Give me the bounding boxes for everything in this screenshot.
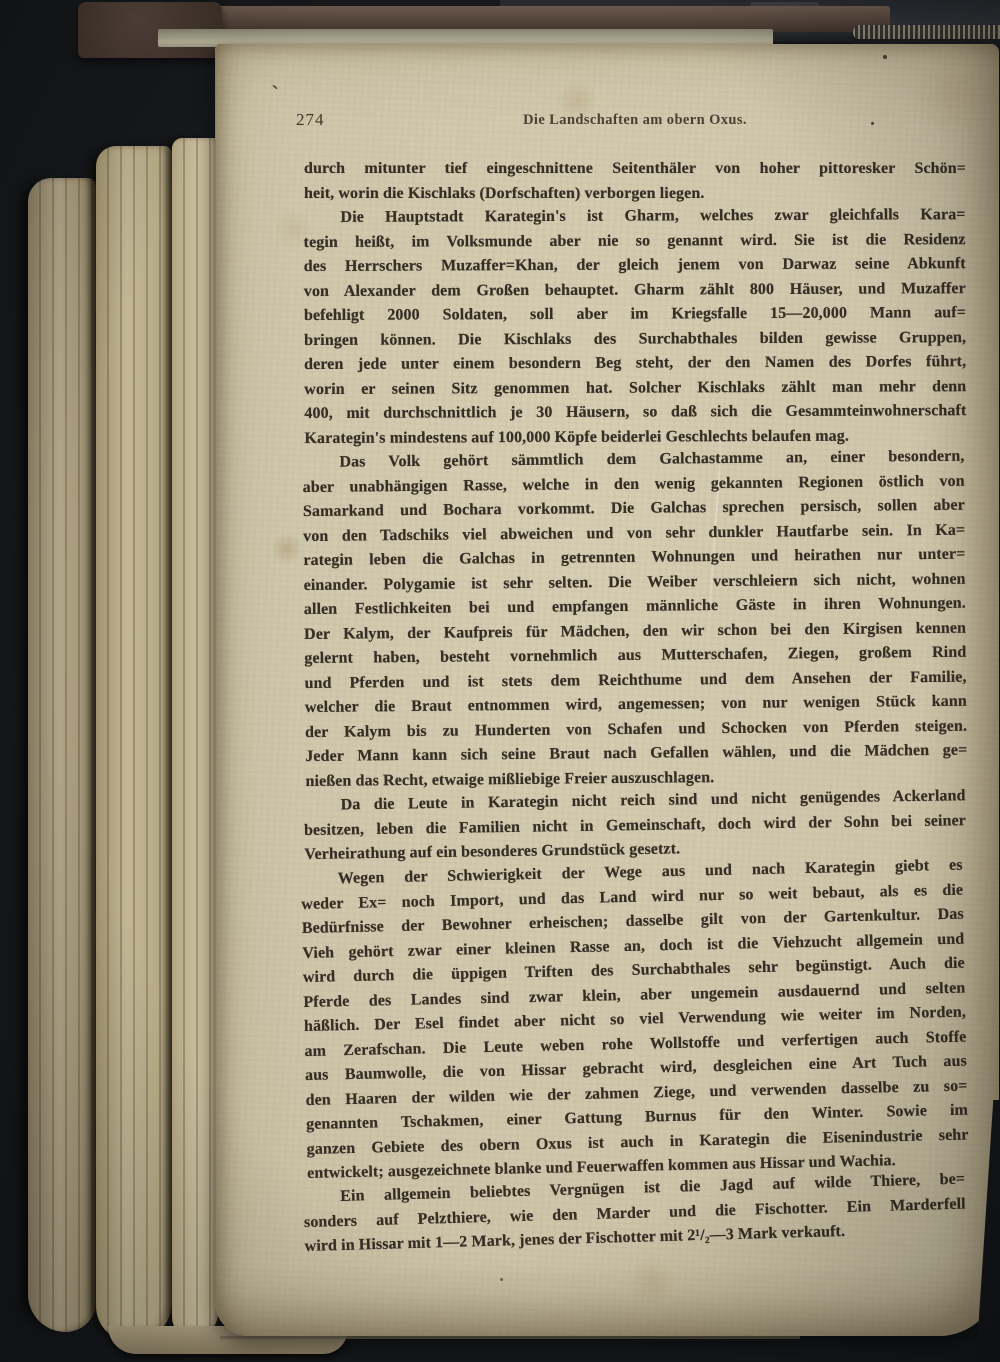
page-leaves-lines (28, 178, 96, 1332)
paragraph: Die Hauptstadt Karategin's ist Gharm, we… (303, 203, 966, 451)
page-leaves-lines (96, 146, 172, 1342)
ink-speck (883, 55, 887, 59)
book-page: 274 Die Landschaften am obern Oxus. durc… (215, 44, 999, 1336)
running-header: Die Landschaften am obern Oxus. (304, 112, 966, 129)
text-line: worin er seinen Sitz genommen hat. Solch… (304, 375, 966, 402)
paper-stain (626, 1258, 678, 1304)
paper-stain (271, 532, 303, 566)
page-stack-edge-inner (172, 138, 218, 1338)
text-line: 400, mit durchschnittlich je 30 Häusern,… (304, 399, 966, 426)
underlying-page-line (220, 1336, 800, 1339)
paragraph: Wegen der Schwierigkeit der Wege aus und… (301, 853, 970, 1186)
page-body: durch mitunter tief eingeschnittene Seit… (304, 157, 966, 1260)
text-line: tegin heißt, im Volksmunde aber nie so g… (304, 228, 966, 255)
ink-speck (272, 84, 278, 89)
text-line: bringen können. Die Kischlaks des Surcha… (304, 326, 966, 353)
page-leaves-lines (172, 138, 218, 1338)
text-line: befehligt 2000 Soldaten, soll aber im Kr… (304, 301, 966, 328)
page-header-row: 274 Die Landschaften am obern Oxus. (216, 110, 999, 134)
paragraph: durch mitunter tief eingeschnittene Seit… (304, 157, 966, 206)
page-stack-edge-middle (96, 146, 172, 1342)
text-line: des Herrschers Muzaffer=Khan, der gleich… (304, 252, 966, 279)
paragraph: Das Volk gehört sämmtlich dem Galchastam… (302, 445, 967, 794)
text-line: heit, worin die Kischlaks (Dorfschaften)… (304, 182, 966, 207)
ink-speck (500, 1278, 503, 1281)
text-line: deren jede unter einem besondern Beg ste… (304, 350, 966, 377)
page-stack-edge-outer (28, 178, 96, 1332)
text-line: von Alexander dem Großen behauptet. Ghar… (304, 277, 966, 304)
page-edges-ribbed-band (853, 25, 1000, 40)
text-line: durch mitunter tief eingeschnittene Seit… (304, 157, 966, 182)
book-photo: 274 Die Landschaften am obern Oxus. durc… (0, 0, 1000, 1362)
text-line: Die Hauptstadt Karategin's ist Gharm, we… (303, 203, 965, 230)
